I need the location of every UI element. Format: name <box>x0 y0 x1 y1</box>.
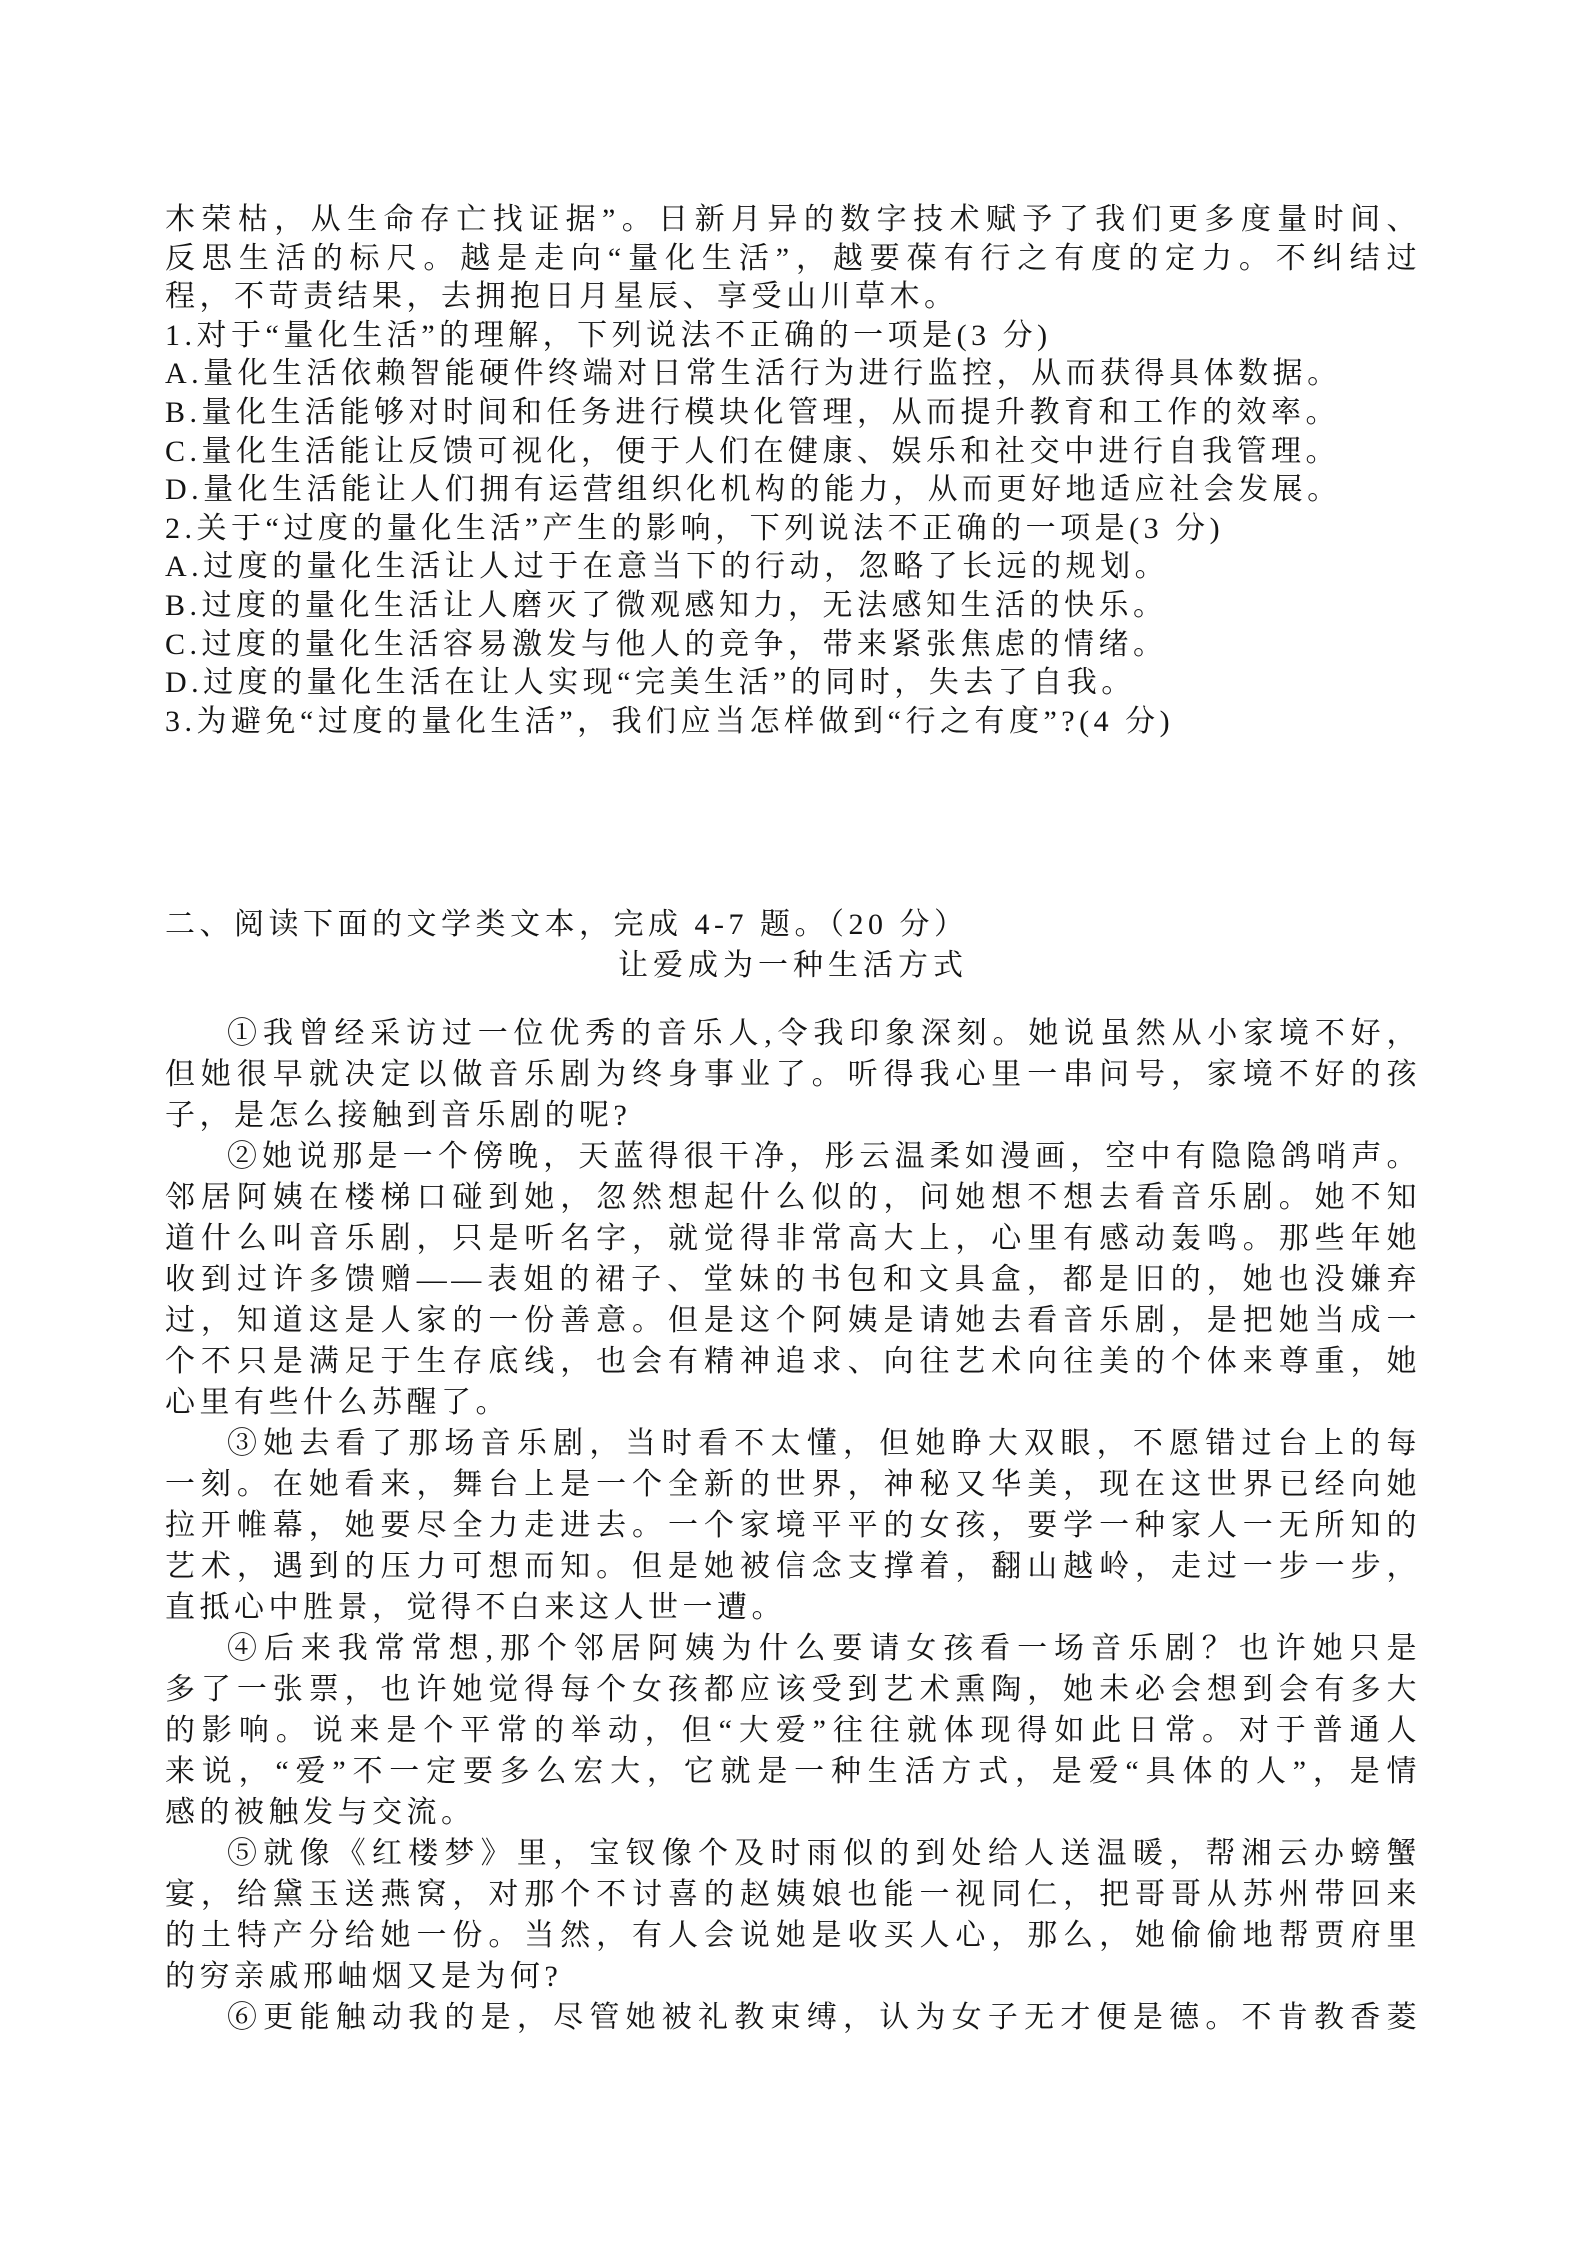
passage-line: ①我曾经采访过一位优秀的音乐人,令我印象深刻。她说虽然从小家境不好， <box>165 1013 1421 1054</box>
passage-line: ②她说那是一个傍晚，天蓝得很干净，彤云温柔如漫画，空中有隐隐鸽哨声。 <box>165 1136 1421 1177</box>
question-1-option-c: C.量化生活能让反馈可视化，便于人们在健康、娱乐和社交中进行自我管理。 <box>165 433 1421 472</box>
question-1-stem: 1.对于“量化生活”的理解，下列说法不正确的一项是(3 分) <box>165 317 1421 356</box>
passage-line: 拉开帷幕，她要尽全力走进去。一个家境平平的女孩，要学一种家人一无所知的 <box>165 1505 1421 1546</box>
passage-line: 多了一张票，也许她觉得每个女孩都应该受到艺术熏陶，她未必会想到会有多大 <box>165 1669 1421 1710</box>
section-heading: 二、阅读下面的文学类文本，完成 4-7 题。（20 分） <box>165 904 1421 945</box>
passage-line: 邻居阿姨在楼梯口碰到她，忽然想起什么似的，问她想不想去看音乐剧。她不知 <box>165 1177 1421 1218</box>
passage-line: 子，是怎么接触到音乐剧的呢? <box>165 1095 1421 1136</box>
intro-line: 反思生活的标尺。越是走向“量化生活”，越要葆有行之有度的定力。不纠结过 <box>165 240 1421 279</box>
question-2-option-d: D.过度的量化生活在让人实现“完美生活”的同时，失去了自我。 <box>165 664 1421 703</box>
exam-document-page: 木荣枯，从生命存亡找证据”。日新月异的数字技术赋予了我们更多度量时间、 反思生活… <box>0 0 1586 2244</box>
passage-line: 过，知道这是人家的一份善意。但是这个阿姨是请她去看音乐剧，是把她当成一 <box>165 1300 1421 1341</box>
passage-line: 收到过许多馈赠——表姐的裙子、堂妹的书包和文具盒，都是旧的，她也没嫌弃 <box>165 1259 1421 1300</box>
question-1-option-a: A.量化生活依赖智能硬件终端对日常生活行为进行监控，从而获得具体数据。 <box>165 355 1421 394</box>
passage-line: 道什么叫音乐剧，只是听名字，就觉得非常高大上，心里有感动轰鸣。那些年她 <box>165 1218 1421 1259</box>
text-column: 木荣枯，从生命存亡找证据”。日新月异的数字技术赋予了我们更多度量时间、 反思生活… <box>165 0 1421 2038</box>
passage-line: 直抵心中胜景，觉得不白来这人世一遭。 <box>165 1587 1421 1628</box>
passage-body: ①我曾经采访过一位优秀的音乐人,令我印象深刻。她说虽然从小家境不好， 但她很早就… <box>165 1013 1421 2038</box>
question-2-stem: 2.关于“过度的量化生活”产生的影响，下列说法不正确的一项是(3 分) <box>165 510 1421 549</box>
question-2-option-a: A.过度的量化生活让人过于在意当下的行动，忽略了长远的规划。 <box>165 548 1421 587</box>
passage-line: 宴，给黛玉送燕窝，对那个不讨喜的赵姨娘也能一视同仁，把哥哥从苏州带回来 <box>165 1874 1421 1915</box>
passage-line: ⑤就像《红楼梦》里，宝钗像个及时雨似的到处给人送温暖，帮湘云办螃蟹 <box>165 1833 1421 1874</box>
passage-line: 一刻。在她看来，舞台上是一个全新的世界，神秘又华美，现在这世界已经向她 <box>165 1464 1421 1505</box>
passage-line: 的穷亲戚邢岫烟又是为何? <box>165 1956 1421 1997</box>
passage-line: ③她去看了那场音乐剧，当时看不太懂，但她睁大双眼，不愿错过台上的每 <box>165 1423 1421 1464</box>
passage-line: 但她很早就决定以做音乐剧为终身事业了。听得我心里一串问号，家境不好的孩 <box>165 1054 1421 1095</box>
passage-line: 艺术，遇到的压力可想而知。但是她被信念支撑着，翻山越岭，走过一步一步， <box>165 1546 1421 1587</box>
question-2-option-b: B.过度的量化生活让人磨灭了微观感知力，无法感知生活的快乐。 <box>165 587 1421 626</box>
question-1-option-d: D.量化生活能让人们拥有运营组织化机构的能力，从而更好地适应社会发展。 <box>165 471 1421 510</box>
question-3-stem: 3.为避免“过度的量化生活”，我们应当怎样做到“行之有度”?(4 分) <box>165 703 1421 742</box>
section-reading-1: 木荣枯，从生命存亡找证据”。日新月异的数字技术赋予了我们更多度量时间、 反思生活… <box>165 201 1421 741</box>
passage-line: 心里有些什么苏醒了。 <box>165 1382 1421 1423</box>
question-1-option-b: B.量化生活能够对时间和任务进行模块化管理，从而提升教育和工作的效率。 <box>165 394 1421 433</box>
passage-line: ④后来我常常想,那个邻居阿姨为什么要请女孩看一场音乐剧？也许她只是 <box>165 1628 1421 1669</box>
question-2-option-c: C.过度的量化生活容易激发与他人的竞争，带来紧张焦虑的情绪。 <box>165 626 1421 665</box>
passage-line: 的影响。说来是个平常的举动，但“大爱”往往就体现得如此日常。对于普通人 <box>165 1710 1421 1751</box>
passage-title: 让爱成为一种生活方式 <box>165 945 1421 986</box>
passage-line: ⑥更能触动我的是，尽管她被礼教束缚，认为女子无才便是德。不肯教香菱 <box>165 1997 1421 2038</box>
intro-line: 木荣枯，从生命存亡找证据”。日新月异的数字技术赋予了我们更多度量时间、 <box>165 201 1421 240</box>
passage-line: 个不只是满足于生存底线，也会有精神追求、向往艺术向往美的个体来尊重，她 <box>165 1341 1421 1382</box>
passage-line: 的土特产分给她一份。当然，有人会说她是收买人心，那么，她偷偷地帮贾府里 <box>165 1915 1421 1956</box>
section-reading-2: 二、阅读下面的文学类文本，完成 4-7 题。（20 分） 让爱成为一种生活方式 … <box>165 904 1421 2038</box>
passage-line: 来说，“爱”不一定要多么宏大，它就是一种生活方式，是爱“具体的人”，是情 <box>165 1751 1421 1792</box>
passage-line: 感的被触发与交流。 <box>165 1792 1421 1833</box>
intro-line: 程，不苛责结果，去拥抱日月星辰、享受山川草木。 <box>165 278 1421 317</box>
